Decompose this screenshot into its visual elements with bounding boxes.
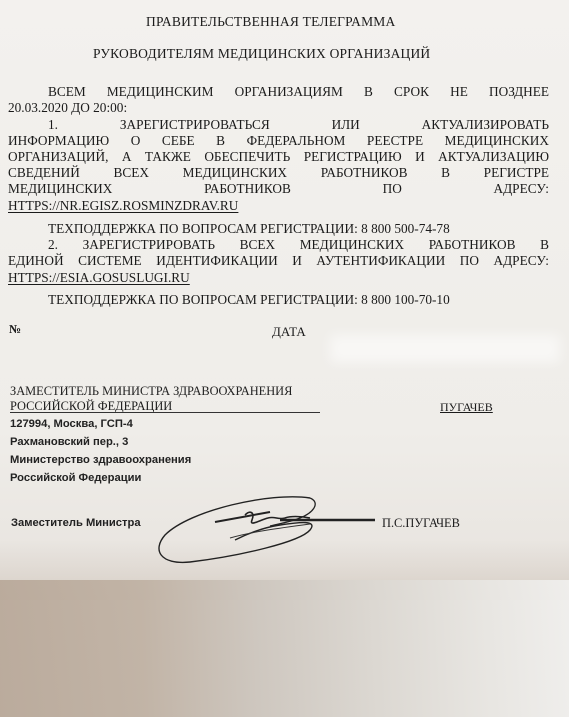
signature-rule xyxy=(10,412,320,413)
redacted-area xyxy=(330,335,560,363)
signatory-position: Заместитель Министра xyxy=(11,517,141,529)
document-title: ПРАВИТЕЛЬСТВЕННАЯ ТЕЛЕГРАММА xyxy=(146,14,395,30)
sender-line-1: ЗАМЕСТИТЕЛЬ МИНИСТРА ЗДРАВООХРАНЕНИЯ xyxy=(10,384,292,399)
signatory-name: П.С.ПУГАЧЕВ xyxy=(382,516,460,531)
item1-line-5: МЕДИЦИНСКИХ РАБОТНИКОВ ПО АДРЕСУ: xyxy=(8,181,549,197)
item2-support-phone: ТЕХПОДДЕРЖКА ПО ВОПРОСАМ РЕГИСТРАЦИИ: 8 … xyxy=(48,292,450,308)
intro-line-2: 20.03.2020 ДО 20:00: xyxy=(8,100,127,116)
item1-support-phone: ТЕХПОДДЕРЖКА ПО ВОПРОСАМ РЕГИСТРАЦИИ: 8 … xyxy=(48,221,450,237)
sender-org-1: Министерство здравоохранения xyxy=(10,454,191,466)
item2-line-2: ЕДИНОЙ СИСТЕМЕ ИДЕНТИФИКАЦИИ И АУТЕНТИФИ… xyxy=(8,253,549,269)
registry-link[interactable]: HTTPS://NR.EGISZ.ROSMINZDRAV.RU xyxy=(8,198,238,214)
date-label: ДАТА xyxy=(272,324,306,340)
intro-line-1: ВСЕМ МЕДИЦИНСКИМ ОРГАНИЗАЦИЯМ В СРОК НЕ … xyxy=(48,84,549,100)
sender-address-2: Рахмановский пер., 3 xyxy=(10,436,128,448)
item2-line-1: 2. ЗАРЕГИСТРИРОВАТЬ ВСЕХ МЕДИЦИНСКИХ РАБ… xyxy=(48,237,549,253)
item1-line-3: ОРГАНИЗАЦИЙ, А ТАКЖЕ ОБЕСПЕЧИТЬ РЕГИСТРА… xyxy=(8,149,549,165)
sender-surname: ПУГАЧЕВ xyxy=(440,400,493,415)
item1-line-2: ИНФОРМАЦИЮ О СЕБЕ В ФЕДЕРАЛЬНОМ РЕЕСТРЕ … xyxy=(8,133,549,149)
addressee: РУКОВОДИТЕЛЯМ МЕДИЦИНСКИХ ОРГАНИЗАЦИЙ xyxy=(93,46,430,62)
signature-icon xyxy=(150,490,380,570)
item1-line-1: 1. ЗАРЕГИСТРИРОВАТЬСЯ ИЛИ АКТУАЛИЗИРОВАТ… xyxy=(48,117,549,133)
sender-org-2: Российской Федерации xyxy=(10,472,141,484)
esia-link[interactable]: HTTPS://ESIA.GOSUSLUGI.RU xyxy=(8,270,190,286)
paper-shadow-bottom xyxy=(0,580,569,717)
number-label: № xyxy=(9,322,21,337)
sender-address-1: 127994, Москва, ГСП-4 xyxy=(10,418,133,430)
item1-line-4: СВЕДЕНИЙ ВСЕХ МЕДИЦИНСКИХ РАБОТНИКОВ В Р… xyxy=(8,165,549,181)
